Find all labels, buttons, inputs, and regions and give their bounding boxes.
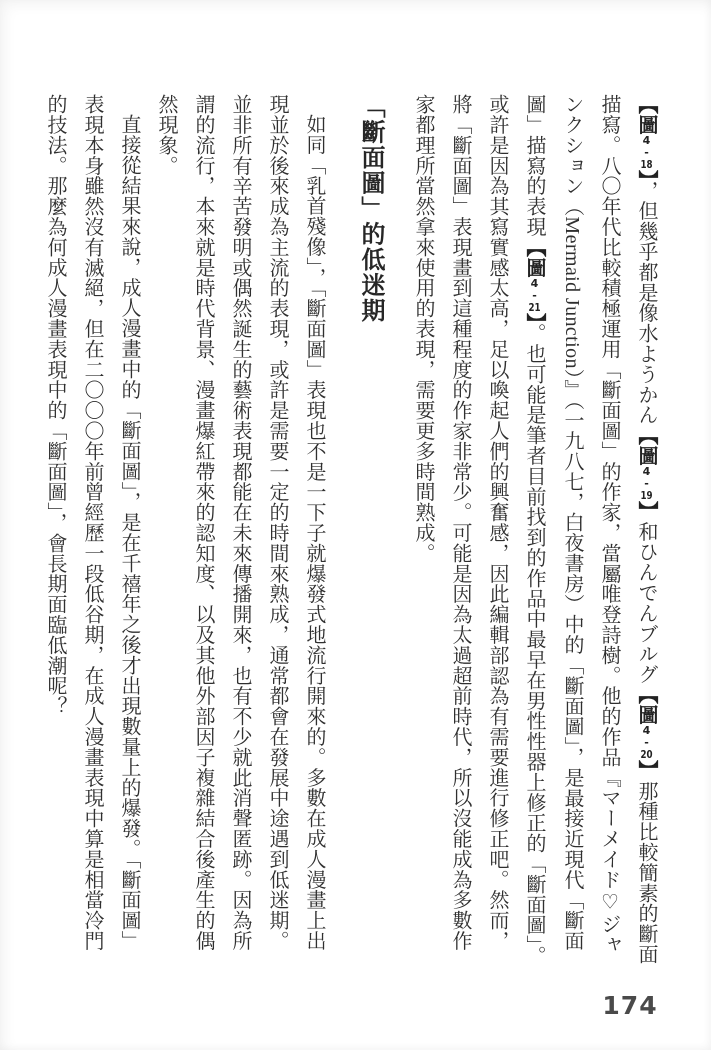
figure-number-hyphen: -	[640, 736, 653, 749]
figure-reference: 【圖4-20】	[635, 684, 657, 780]
figure-reference: 【圖4-19】	[635, 425, 657, 521]
book-page: 【圖4-18】，但幾乎都是像水ようかん【圖4-19】和ひんでんブルグ【圖4-20…	[0, 0, 711, 1050]
figure-reference: 【圖4-18】	[635, 94, 657, 180]
paragraph: 如同「乳首殘像」，「斷面圖」表現也不是一下子就爆發式地流行開來的。多數在成人漫畫…	[147, 94, 332, 966]
figure-number: 21	[528, 302, 541, 313]
page-number: 174	[590, 991, 670, 1020]
figure-number-hyphen: -	[640, 477, 653, 490]
figure-reference: 【圖4-21】	[523, 237, 545, 323]
figure-number-hyphen: -	[528, 289, 541, 302]
section-heading: 「斷面圖」的低迷期	[350, 94, 390, 966]
figure-number: 4	[640, 466, 653, 477]
paragraph: 【圖4-18】，但幾乎都是像水ようかん【圖4-19】和ひんでんブルグ【圖4-20…	[404, 94, 665, 966]
paragraph: 直接從結果來說，成人漫畫中的「斷面圖」，是在千禧年之後才出現數量上的爆發。「斷面…	[36, 94, 147, 966]
figure-number: 18	[640, 159, 653, 170]
figure-number: 4	[640, 135, 653, 146]
figure-number: 20	[640, 749, 653, 760]
figure-number: 19	[640, 490, 653, 501]
vertical-text-area: 【圖4-18】，但幾乎都是像水ようかん【圖4-19】和ひんでんブルグ【圖4-20…	[36, 94, 665, 966]
figure-number: 4	[640, 725, 653, 736]
figure-number-hyphen: -	[640, 146, 653, 159]
figure-number: 4	[528, 278, 541, 289]
